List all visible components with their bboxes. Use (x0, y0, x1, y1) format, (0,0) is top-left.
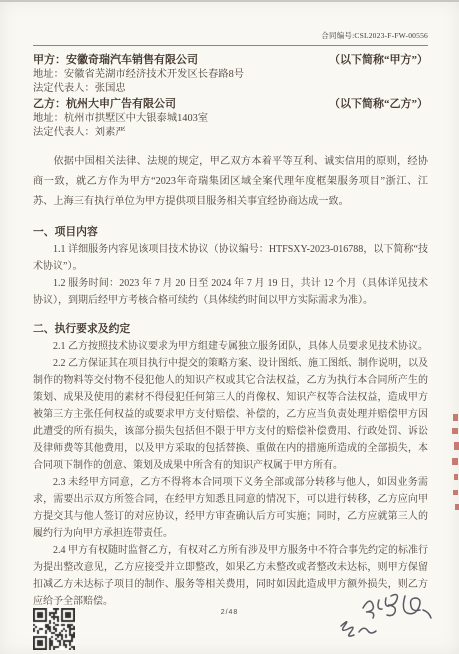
preamble-paragraph: 依据中国相关法律、法规的规定，甲乙双方本着平等互利、诚实信用的原则，经协商一致，… (33, 152, 428, 212)
partial-red-stamp (451, 412, 459, 514)
contract-page: 合同编号:CSL2023-F-FW-00556 甲方：安徽奇瑞汽车销售有限公司 … (0, 0, 459, 654)
clause-2-1: 2.1 乙方按照技术协议要求为甲方组建专属独立服务团队，具体人员要求见技术协议。 (33, 338, 428, 355)
party-b-alias: （以下简称“乙方”） (329, 97, 428, 111)
header-divider (33, 45, 428, 46)
contract-number: 合同编号:CSL2023-F-FW-00556 (33, 30, 428, 41)
party-a-alias: （以下简称“甲方”） (329, 53, 428, 67)
party-b-row: 乙方：杭州大申广告有限公司 （以下简称“乙方”） (33, 97, 428, 111)
party-a-row: 甲方：安徽奇瑞汽车销售有限公司 （以下简称“甲方”） (33, 53, 428, 67)
section-2-heading: 二、执行要求及约定 (33, 320, 428, 338)
handwritten-signature-2 (341, 622, 376, 636)
party-a-legal-rep: 法定代表人：张国忠 (33, 82, 428, 95)
clause-1-1: 1.1 详细服务内容见该项目技术协议（协议编号：HTFSXY-2023-0167… (33, 241, 428, 275)
signature-flourish (423, 610, 431, 618)
party-a-name: 甲方：安徽奇瑞汽车销售有限公司 (33, 53, 198, 67)
clause-2-3: 2.3 未经甲方同意，乙方不得将本合同项下义务全部或部分转移与他人，如因业务需求… (33, 474, 428, 542)
contract-body: 合同编号:CSL2023-F-FW-00556 甲方：安徽奇瑞汽车销售有限公司 … (0, 0, 459, 610)
party-a-address: 地址：安徽省芜湖市经济技术开发区长春路8号 (33, 68, 428, 81)
clause-2-2: 2.2 乙方保证其在项目执行中提交的策略方案、设计图纸、施工图纸、制作说明，以及… (33, 355, 428, 474)
section-1-heading: 一、项目内容 (33, 223, 428, 241)
party-b-address: 地址：杭州市拱墅区中大银泰城1403室 (33, 112, 428, 125)
clause-1-2: 1.2 服务时间：2023 年 7 月 20 日至 2024 年 7 月 19 … (33, 275, 428, 309)
handwritten-signature-1 (319, 590, 437, 648)
party-b-legal-rep: 法定代表人：刘素严 (33, 126, 428, 139)
party-b-name: 乙方：杭州大申广告有限公司 (33, 97, 176, 111)
